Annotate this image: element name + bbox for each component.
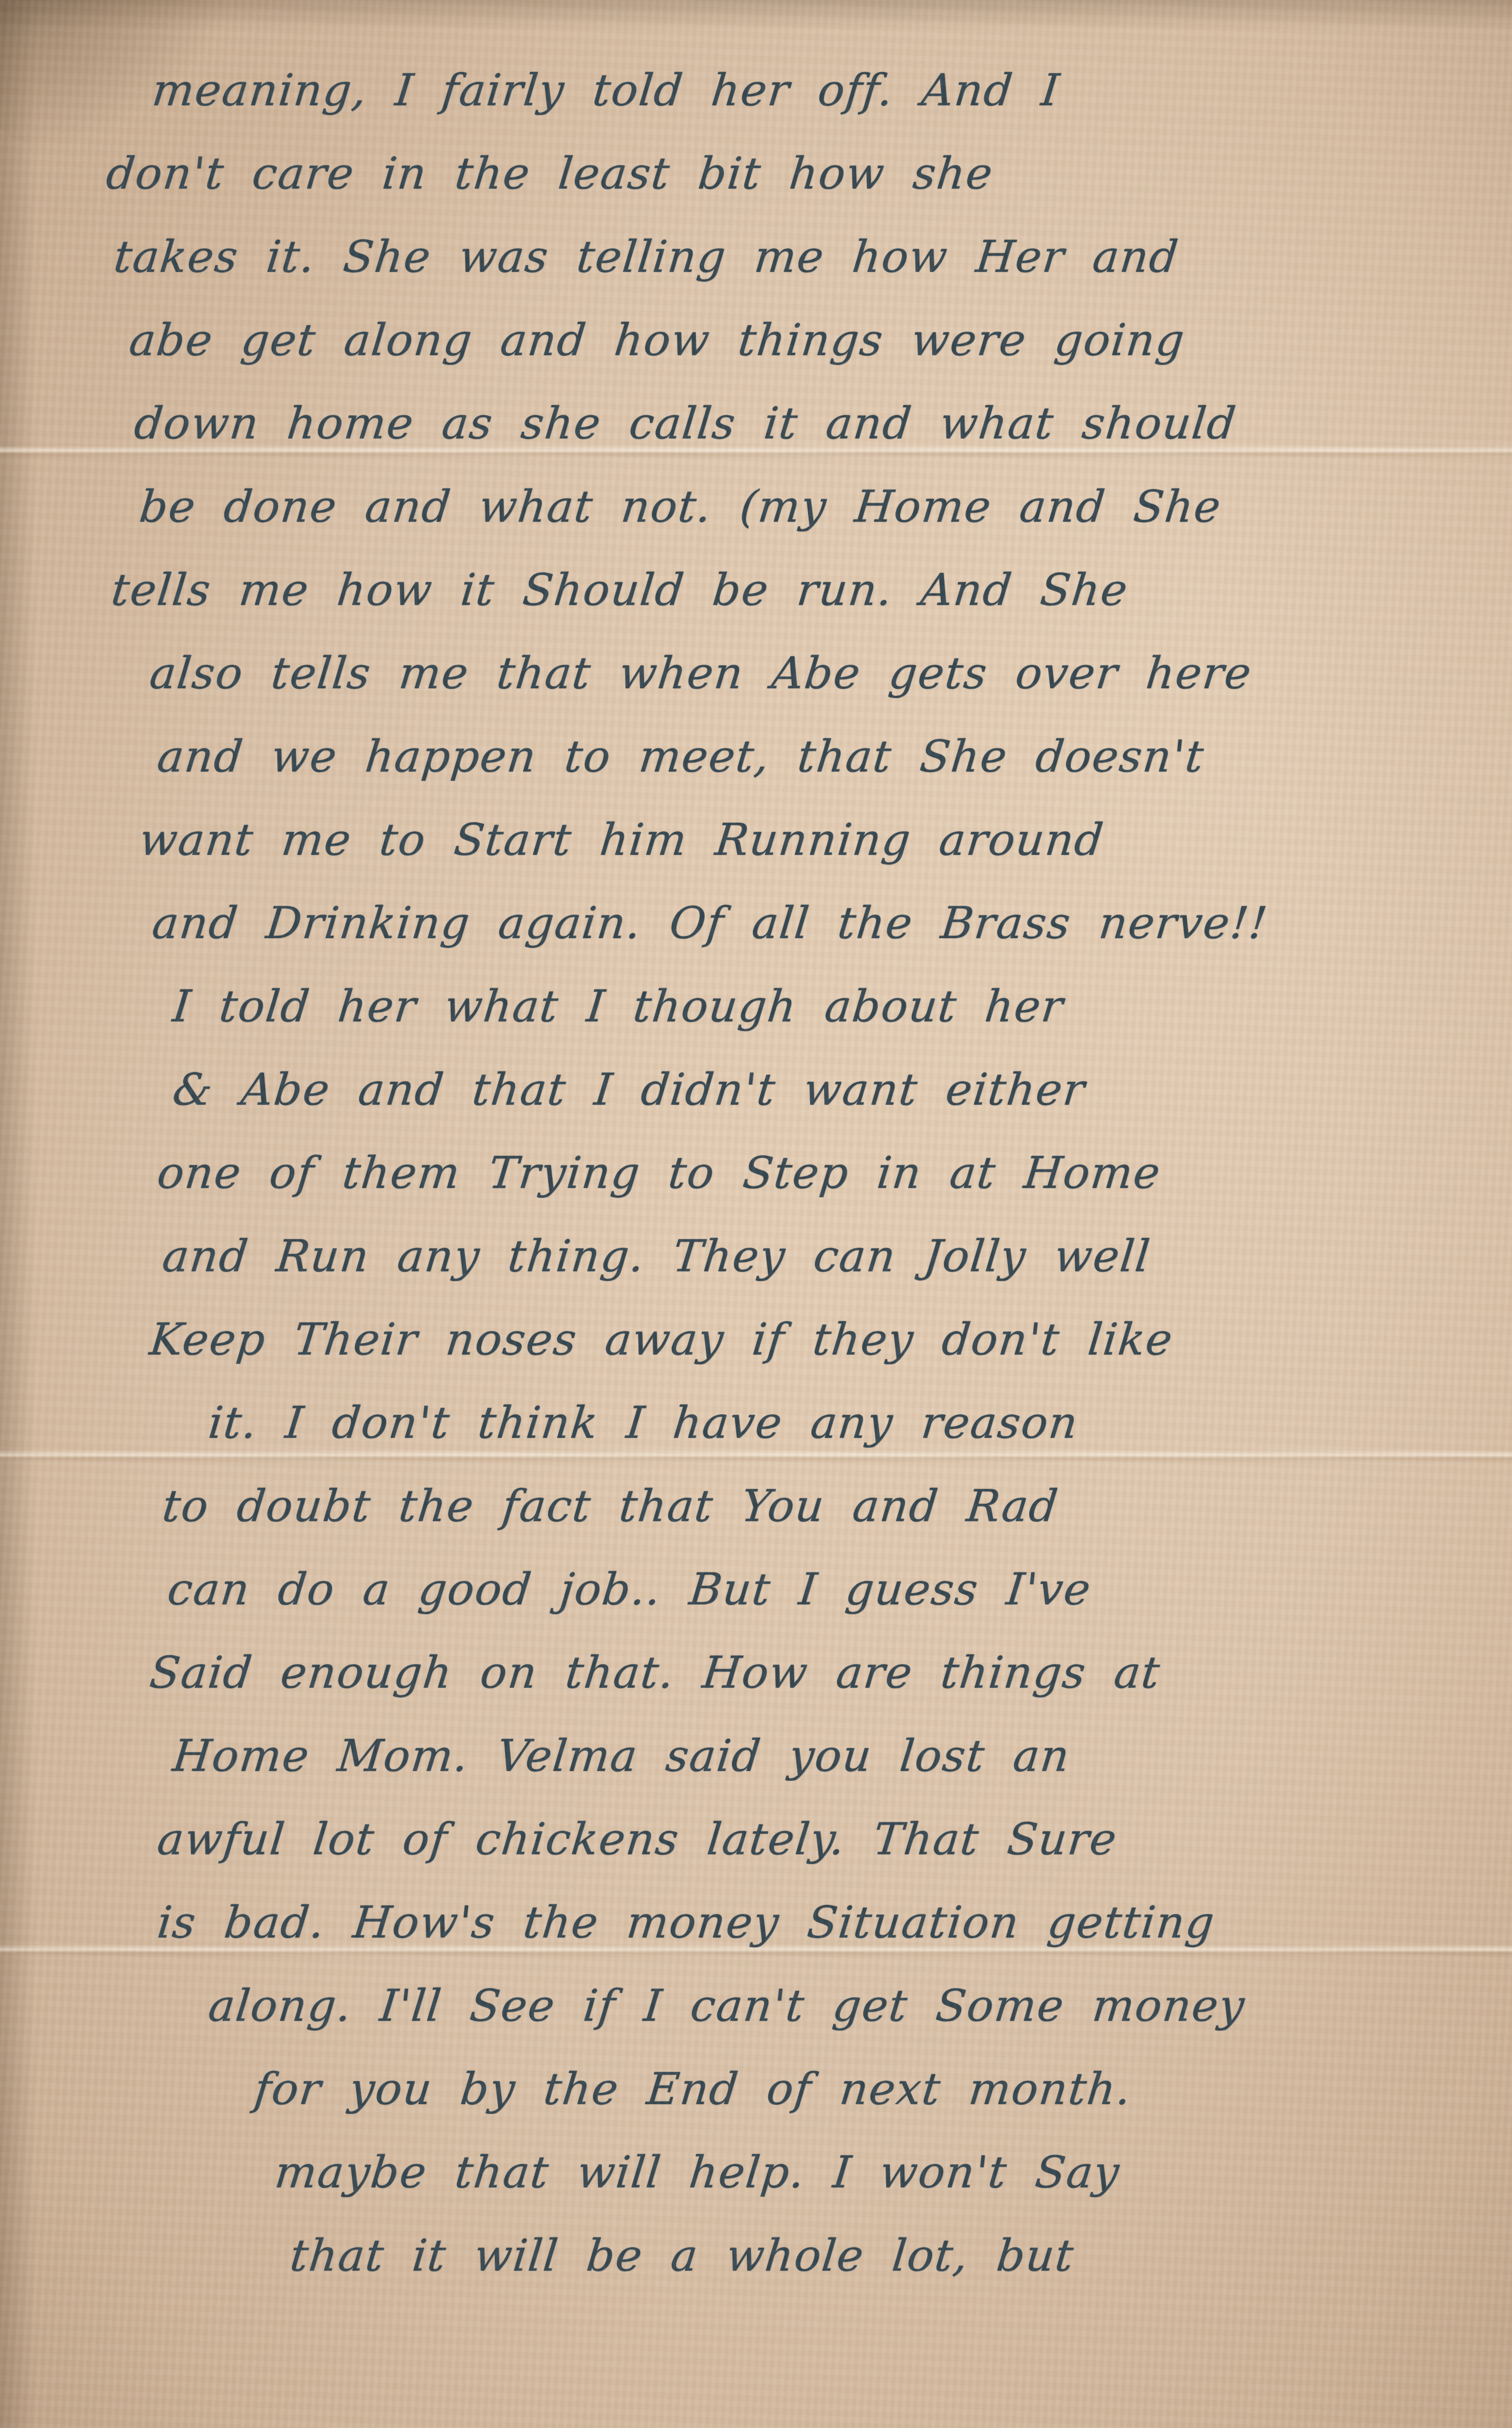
handwritten-line: Home Mom. Velma said you lost an bbox=[169, 1715, 1512, 1798]
handwritten-line: down home as she calls it and what shoul… bbox=[130, 382, 1512, 465]
handwritten-line: is bad. How's the money Situation gettin… bbox=[153, 1881, 1512, 1965]
handwritten-line: don't care in the least bit how she bbox=[102, 132, 1512, 216]
handwritten-line: awful lot of chickens lately. That Sure bbox=[153, 1798, 1512, 1881]
handwritten-line: takes it. She was telling me how Her and bbox=[110, 216, 1512, 299]
handwritten-line: tells me how it Should be run. And She bbox=[107, 549, 1512, 632]
handwritten-line: and Drinking again. Of all the Brass ner… bbox=[148, 882, 1512, 965]
handwritten-line: to doubt the fact that You and Rad bbox=[158, 1465, 1512, 1548]
handwritten-line: Keep Their noses away if they don't like bbox=[146, 1298, 1512, 1382]
handwritten-line: abe get along and how things were going bbox=[125, 299, 1512, 382]
handwritten-line: meaning, I fairly told her off. And I bbox=[148, 49, 1512, 132]
top-edge-shadow bbox=[0, 0, 1512, 31]
handwritten-line: one of them Trying to Step in at Home bbox=[153, 1132, 1512, 1215]
handwritten-line: maybe that will help. I won't Say bbox=[271, 2131, 1512, 2214]
handwritten-line: also tells me that when Abe gets over he… bbox=[146, 632, 1512, 715]
letter-text-block: meaning, I fairly told her off. And I do… bbox=[0, 49, 1512, 2298]
handwritten-line: and we happen to meet, that She doesn't bbox=[153, 715, 1512, 799]
handwritten-line: be done and what not. (my Home and She bbox=[135, 465, 1512, 549]
letter-page: meaning, I fairly told her off. And I do… bbox=[0, 0, 1512, 2428]
handwritten-line: it. I don't think I have any reason bbox=[204, 1382, 1512, 1465]
handwritten-line: I told her what I though about her bbox=[169, 965, 1512, 1048]
handwritten-line: want me to Start him Running around bbox=[135, 799, 1512, 882]
handwritten-line: for you by the End of next month. bbox=[250, 2048, 1512, 2131]
handwritten-line: along. I'll See if I can't get Some mone… bbox=[204, 1965, 1512, 2048]
handwritten-line: Said enough on that. How are things at bbox=[146, 1631, 1512, 1715]
handwritten-line: and Run any thing. They can Jolly well bbox=[158, 1215, 1512, 1298]
handwritten-line: & Abe and that I didn't want either bbox=[169, 1048, 1512, 1132]
handwritten-line: that it will be a whole lot, but bbox=[286, 2214, 1512, 2298]
handwritten-line: can do a good job.. But I guess I've bbox=[163, 1548, 1512, 1631]
